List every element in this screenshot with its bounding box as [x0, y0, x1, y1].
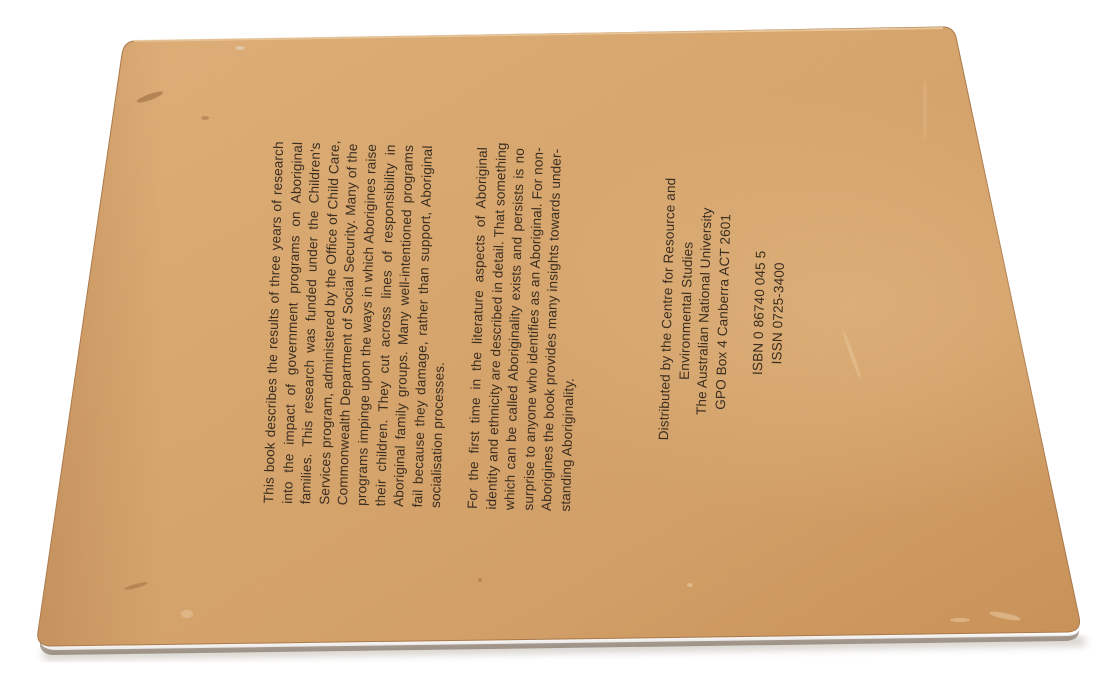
book-back-cover [0, 0, 1109, 696]
photo-scene: This book describes the results of three… [0, 0, 1109, 696]
